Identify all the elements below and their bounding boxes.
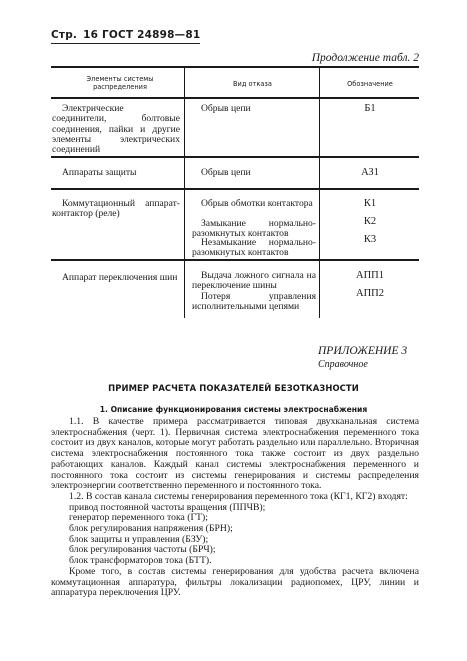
table-row-element: Аппарат переключения шин (52, 273, 180, 283)
appendix-block: ПРИЛОЖЕНИЕ 3 Справочное (318, 344, 407, 372)
header-bottom-border (51, 97, 419, 99)
table-row-code: Б1 (321, 104, 419, 114)
column-header-failure-type: Вид отказа (186, 81, 319, 89)
appendix-label: ПРИЛОЖЕНИЕ 3 (318, 344, 407, 358)
standard-number: ГОСТ 24898—81 (102, 29, 200, 41)
table-row-element: Коммутационный аппарат-контактор (реле) (52, 199, 180, 220)
table-row-failure-type: Обрыв обмотки контактора (192, 199, 316, 209)
table-row-code: К3 (321, 235, 419, 245)
table-row-failure-type: Обрыв цепи (201, 168, 317, 178)
table-top-border (51, 66, 419, 68)
page-label: Стр. (51, 29, 77, 41)
row-divider (51, 259, 419, 261)
table-continuation-label: Продолжение табл. 2 (312, 52, 419, 64)
table-row-failure-type: Незамыкание нормально-разомкнутых контак… (192, 238, 316, 259)
paragraph: Кроме того, в состав системы генерирован… (51, 567, 419, 599)
table-row-code: К1 (321, 199, 419, 209)
table-row-element: Аппараты защиты (62, 168, 180, 178)
row-divider (51, 156, 419, 158)
column-divider (319, 67, 320, 318)
table-row-failure-type: Обрыв цепи (201, 104, 317, 114)
column-header-designation: Обозначение (321, 81, 419, 89)
table-row-failure-type: Потеря управления исполнительными цепями (192, 292, 316, 313)
table-row-code: АПП1 (321, 271, 419, 281)
column-divider (184, 68, 185, 318)
table-row-element: Электрические соединители, болтовые соед… (52, 104, 180, 155)
page-number: 16 (83, 29, 98, 41)
row-divider (51, 188, 419, 190)
column-header-elements: Элементы системы распределения (80, 76, 160, 91)
section-title: 1. Описание функционирования системы эле… (0, 405, 467, 414)
paragraph: 1.1. В качестве примера рассматривается … (51, 417, 419, 492)
page-header: Стр.16 ГОСТ 24898—81 (51, 29, 200, 44)
document-title: ПРИМЕР РАСЧЕТА ПОКАЗАТЕЛЕЙ БЕЗОТКАЗНОСТИ (0, 383, 467, 393)
table-row-failure-type: Выдача ложного сигнала на переключение ш… (192, 271, 316, 292)
table-row-code: К2 (321, 217, 419, 227)
section-body: 1.1. В качестве примера рассматривается … (51, 417, 419, 599)
appendix-status: Справочное (318, 358, 407, 372)
table-row-code: АПП2 (321, 289, 419, 299)
table-row-code: АЗ1 (321, 168, 419, 178)
